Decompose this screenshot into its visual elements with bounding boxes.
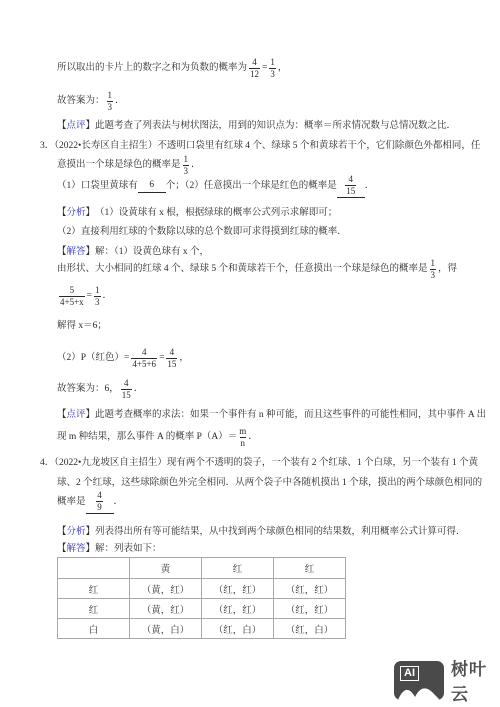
problem3-analysis-line1: 【分析】 （1）设黄球有 x 根，根据绿球的概率公式列示求解即可； bbox=[57, 207, 337, 220]
bracket-open: 【 bbox=[57, 526, 67, 539]
outcome-table: 黄 红 红 红 （黄，红） （红，红） （红，红） 红 （黄，红） （红，红） … bbox=[57, 557, 346, 639]
bracket-close: 】 bbox=[86, 207, 96, 220]
problem3-analysis-line2: （2）直接利用红球的个数除以球的总个数即可求得摸到红球的概率． bbox=[57, 226, 347, 239]
bracket-close: 】 bbox=[86, 526, 96, 539]
bracket-close: 】 bbox=[86, 409, 96, 422]
problem3-stem-line1: 3．（2022•长寿区自主招生）不透明口袋里有红球 4 个、绿球 5 个和黄球若… bbox=[40, 140, 480, 153]
comment-text: 此题考查概率的求法：如果一个事件有 n 种可能，而且这些事件的可能性相同，其中事… bbox=[95, 409, 486, 422]
bracket-open: 【 bbox=[57, 543, 67, 556]
solution-text: 由形状、大小相同的红球 4 个、绿球 5 个和黄球若干个，任意摸出一个球是绿色的… bbox=[57, 263, 428, 276]
analysis-tag: 分析 bbox=[67, 207, 86, 220]
problem3-solution-line2: 由形状、大小相同的红球 4 个、绿球 5 个和黄球若干个，任意摸出一个球是绿色的… bbox=[57, 258, 457, 281]
fraction-4-15: 4 15 bbox=[121, 378, 132, 401]
fraction-4-15: 4 15 bbox=[345, 174, 356, 197]
problem3-comment-line1: 【点评】 此题考查概率的求法：如果一个事件有 n 种可能，而且这些事件的可能性相… bbox=[57, 409, 486, 422]
mountains-icon bbox=[394, 680, 444, 700]
fraction-m-n: m n bbox=[239, 426, 246, 449]
answer-punct: ． bbox=[115, 95, 125, 108]
conclusion-text: 所以取出的卡片上的数字之和为负数的概率为 bbox=[57, 62, 247, 75]
problem4-stem-line1: 4．（2022•九龙坡区自主招生）现有两个不透明的袋子，一个装有 2 个红球、1… bbox=[40, 457, 478, 470]
table-cell: 红 bbox=[58, 599, 130, 619]
problem3-solve-line: 解得 x＝6； bbox=[57, 320, 107, 333]
question-text: 个；（2）任意摸出一个球是红色的概率是 bbox=[166, 180, 337, 193]
solution-text: （2）P（红色） bbox=[57, 352, 124, 365]
bracket-close: 】 bbox=[86, 543, 96, 556]
comment-line: 【点评】 此题考查了列表法与树状图法，用到的知识点为：概率＝所求情况数与总情况数… bbox=[57, 120, 456, 133]
conclusion-punct: ， bbox=[278, 62, 288, 75]
stem-text: 概率是 bbox=[57, 496, 86, 509]
table-header-cell bbox=[58, 558, 130, 579]
answer-line: 故答案为： 1 3 ． bbox=[57, 90, 125, 113]
answer-text: 故答案为： bbox=[57, 95, 105, 108]
table-row: 白 （黄，白） （红，白） （红，白） bbox=[58, 619, 346, 639]
stem-punct: ． bbox=[191, 159, 201, 172]
question-punct: ． bbox=[365, 180, 375, 193]
fraction-1-3: 1 3 bbox=[430, 258, 437, 281]
table-header-row: 黄 红 红 bbox=[58, 558, 346, 579]
comment-punct: ． bbox=[248, 431, 258, 444]
problem3-answer-line: 故答案为：6， 4 15 ． bbox=[57, 378, 143, 401]
comment-text: 现 m 种结果，那么事件 A 的概率 P（A）＝ bbox=[57, 431, 237, 444]
analysis-text: 列表得出所有等可能结果，从中找到两个球颜色相同的结果数，利用概率公式计算可得． bbox=[95, 526, 466, 539]
stem-text: 3．（2022•长寿区自主招生）不透明口袋里有红球 4 个、绿球 5 个和黄球若… bbox=[40, 140, 480, 153]
bracket-close: 】 bbox=[86, 120, 96, 133]
equals-sign: = bbox=[262, 62, 267, 75]
solution-text: ，得 bbox=[438, 263, 457, 276]
equals-sign: = bbox=[87, 290, 92, 303]
table-cell: 红 bbox=[58, 579, 130, 599]
answer-blank-count: 6 bbox=[138, 179, 166, 193]
solution-tag: 解答 bbox=[67, 543, 86, 556]
problem4-stem-line3: 概率是 4 9 ． bbox=[57, 490, 123, 514]
fraction-1-3: 1 3 bbox=[94, 285, 101, 308]
table-cell: （红，红） bbox=[274, 579, 346, 599]
question-text: （1）口袋里黄球有 bbox=[57, 180, 138, 193]
brand-name: 树叶云 bbox=[451, 655, 500, 705]
comment-text: 此题考查了列表法与树状图法，用到的知识点为：概率＝所求情况数与总情况数之比． bbox=[95, 120, 456, 133]
analysis-text: （2）直接利用红球的个数除以球的总个数即可求得摸到红球的概率． bbox=[57, 226, 347, 239]
analysis-tag: 分析 bbox=[67, 526, 86, 539]
table-cell: （红，红） bbox=[202, 599, 274, 619]
answer-blank-probability: 4 9 bbox=[86, 490, 114, 514]
problem4-solution-line: 【解答】 解：列表如下： bbox=[57, 543, 162, 556]
equals-sign: = bbox=[124, 352, 129, 365]
table-cell: （红，红） bbox=[202, 579, 274, 599]
answer-punct: ． bbox=[134, 383, 144, 396]
analysis-text: （1）设黄球有 x 根，根据绿球的概率公式列示求解即可； bbox=[95, 207, 337, 220]
equals-sign: = bbox=[159, 352, 164, 365]
answer-blank-probability: 4 15 bbox=[337, 174, 365, 198]
conclusion-line: 所以取出的卡片上的数字之和为负数的概率为 4 12 = 1 3 ， bbox=[57, 57, 287, 80]
table-cell: （黄，红） bbox=[130, 599, 202, 619]
problem4-analysis-line: 【分析】 列表得出所有等可能结果，从中找到两个球颜色相同的结果数，利用概率公式计… bbox=[57, 526, 466, 539]
ai-label: AI bbox=[400, 666, 419, 681]
stem-text: 4．（2022•九龙坡区自主招生）现有两个不透明的袋子，一个装有 2 个红球、1… bbox=[40, 457, 478, 470]
bracket-open: 【 bbox=[57, 120, 67, 133]
table-header-cell: 黄 bbox=[130, 558, 202, 579]
table-header-cell: 红 bbox=[202, 558, 274, 579]
fraction-1-3: 1 3 bbox=[107, 90, 114, 113]
table-row: 红 （黄，红） （红，红） （红，红） bbox=[58, 599, 346, 619]
fraction-1-3: 1 3 bbox=[269, 57, 276, 80]
problem4-stem-line2: 球、2 个红球，这些球除颜色外完全相同．从两个袋子中各随机摸出 1 个球，摸出的… bbox=[57, 477, 482, 490]
table-cell: （红，白） bbox=[274, 619, 346, 639]
table-cell: （红，红） bbox=[274, 599, 346, 619]
table-cell: （红，白） bbox=[202, 619, 274, 639]
problem3-part2-line: （2）P（红色） = 4 4+5+6 = 4 15 ， bbox=[57, 347, 189, 370]
comment-tag: 点评 bbox=[67, 409, 86, 422]
document-page: 所以取出的卡片上的数字之和为负数的概率为 4 12 = 1 3 ， 故答案为： … bbox=[0, 0, 500, 707]
ai-image-logo-icon: AI bbox=[394, 661, 444, 700]
answer-text: 故答案为：6， bbox=[57, 383, 119, 396]
fraction-4-9: 4 9 bbox=[96, 490, 103, 513]
problem3-comment-line2: 现 m 种结果，那么事件 A 的概率 P（A）＝ m n ． bbox=[57, 426, 258, 449]
bracket-open: 【 bbox=[57, 409, 67, 422]
problem3-question-line: （1）口袋里黄球有 6 个；（2）任意摸出一个球是红色的概率是 4 15 ． bbox=[57, 174, 374, 198]
solution-text: 解得 x＝6； bbox=[57, 320, 107, 333]
fraction-4-15: 4 15 bbox=[166, 347, 177, 370]
table-cell: 白 bbox=[58, 619, 130, 639]
solution-punct: ， bbox=[179, 352, 189, 365]
solution-text: 解：列表如下： bbox=[95, 543, 162, 556]
bracket-open: 【 bbox=[57, 207, 67, 220]
table-row: 红 （黄，红） （红，红） （红，红） bbox=[58, 579, 346, 599]
stem-punct: ． bbox=[114, 496, 124, 509]
stem-text: 意摸出一个球是绿色的概率是 bbox=[57, 159, 181, 172]
comment-tag: 点评 bbox=[67, 120, 86, 133]
blank-value: 6 bbox=[149, 179, 154, 192]
table-cell: （黄，白） bbox=[130, 619, 202, 639]
stem-text: 球、2 个红球，这些球除颜色外完全相同．从两个袋子中各随机摸出 1 个球，摸出的… bbox=[57, 477, 482, 490]
problem3-equation-line: 5 4+5+x = 1 3 ． bbox=[57, 285, 112, 308]
table-header-cell: 红 bbox=[274, 558, 346, 579]
fraction-4-over-sum: 4 4+5+6 bbox=[131, 347, 157, 370]
fraction-4-12: 4 12 bbox=[249, 57, 260, 80]
equation-punct: ． bbox=[103, 290, 113, 303]
watermark-logo: AI 树叶云 bbox=[394, 655, 500, 705]
fraction-5-over-sum: 5 4+5+x bbox=[59, 285, 85, 308]
table-cell: （黄，红） bbox=[130, 579, 202, 599]
